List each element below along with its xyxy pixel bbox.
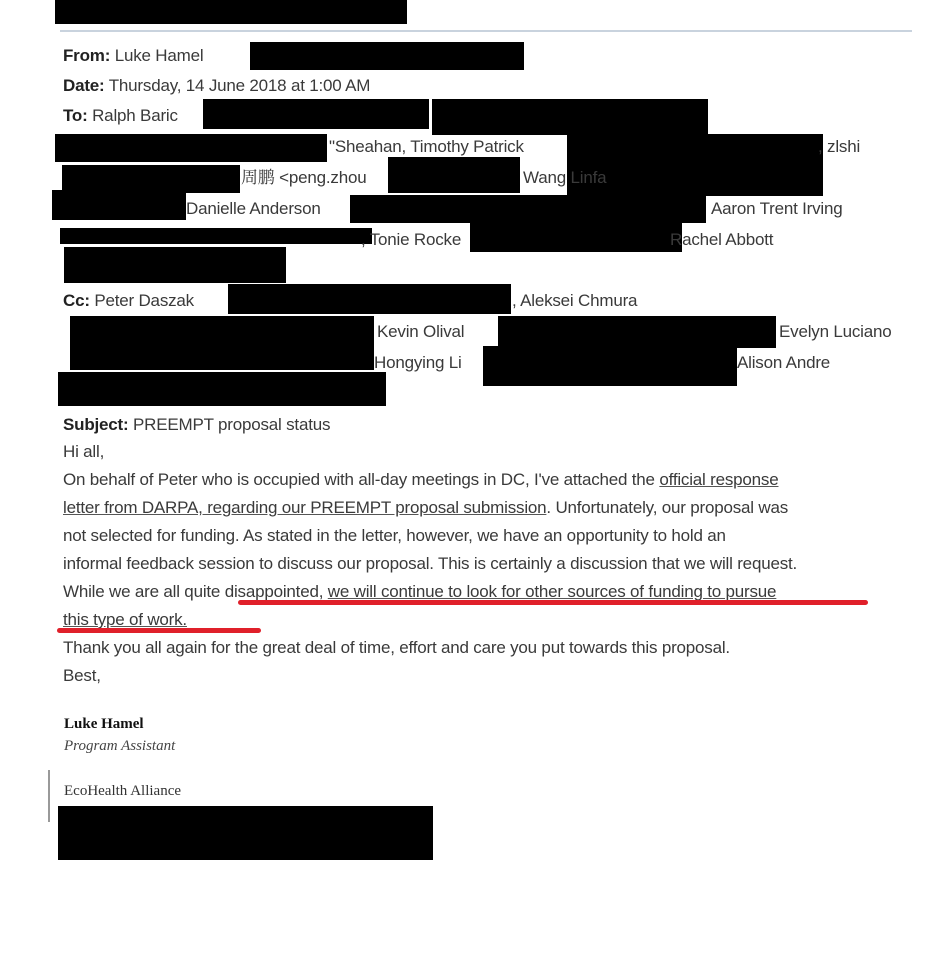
highlighted-text: we will continue to look for other sourc… <box>328 582 777 601</box>
to-recipient: "Sheahan, Timothy Patrick <box>329 136 524 158</box>
cc-recipient: Kevin Olival <box>377 321 464 343</box>
redaction-block <box>432 99 708 135</box>
body-line: not selected for funding. As stated in t… <box>63 525 726 547</box>
to-label: To: <box>63 106 88 125</box>
cc-recipient: Alison Andre <box>737 352 830 374</box>
redaction-block <box>70 348 374 370</box>
cc-label: Cc: <box>63 291 90 310</box>
redaction-block <box>52 190 186 220</box>
cc-recipient: , Aleksei Chmura <box>512 290 637 312</box>
to-row: To: Ralph Baric <box>63 105 178 127</box>
from-label: From: <box>63 46 110 65</box>
redaction-block <box>62 165 240 193</box>
highlighted-text: this type of work. <box>63 610 187 629</box>
cc-recipient: Evelyn Luciano <box>779 321 892 343</box>
redaction-block <box>498 316 776 348</box>
redaction-block <box>470 222 682 252</box>
subject-label: Subject: <box>63 415 128 434</box>
to-recipient: Aaron Trent Irving <box>711 198 843 220</box>
signature-org: EcoHealth Alliance <box>64 783 181 800</box>
cc-recipient: Peter Daszak <box>94 291 194 310</box>
to-recipient: 周鹏 <peng.zhou <box>241 167 366 189</box>
redaction-block <box>55 134 327 162</box>
cc-row: Cc: Peter Daszak <box>63 290 194 312</box>
body-line: informal feedback session to discuss our… <box>63 553 797 575</box>
redaction-block <box>64 247 286 283</box>
redaction-block <box>483 346 737 386</box>
body-text: While we are all quite disappointed, <box>63 582 328 601</box>
to-recipient: , zlshi <box>818 136 860 158</box>
signature-bar <box>48 770 50 822</box>
subject-row: Subject: PREEMPT proposal status <box>63 414 330 436</box>
signature-name: Luke Hamel <box>64 716 144 733</box>
header-divider <box>60 30 912 32</box>
from-row: From: Luke Hamel <box>63 45 203 67</box>
date-value: Thursday, 14 June 2018 at 1:00 AM <box>109 76 370 95</box>
body-text: . Unfortunately, our proposal was <box>546 498 788 517</box>
signature-title: Program Assistant <box>64 738 175 755</box>
redaction-block <box>58 806 433 860</box>
to-recipient: Ralph Baric <box>92 106 178 125</box>
body-text: On behalf of Peter who is occupied with … <box>63 470 659 489</box>
cc-recipient: Hongying Li <box>374 352 462 374</box>
subject-value: PREEMPT proposal status <box>133 415 330 434</box>
redaction-block <box>58 372 386 406</box>
date-label: Date: <box>63 76 105 95</box>
to-recipient: Danielle Anderson <box>186 198 321 220</box>
greeting: Hi all, <box>63 441 104 463</box>
red-highlight-underline <box>238 600 868 605</box>
redaction-block <box>228 284 511 314</box>
from-value: Luke Hamel <box>115 46 204 65</box>
body-line: On behalf of Peter who is occupied with … <box>63 469 778 491</box>
thanks-line: Thank you all again for the great deal o… <box>63 637 730 659</box>
redaction-block <box>70 316 374 348</box>
to-recipient: Rachel Abbott <box>670 229 773 251</box>
body-line: letter from DARPA, regarding our PREEMPT… <box>63 497 788 519</box>
attachment-link[interactable]: official response <box>659 470 778 489</box>
signoff: Best, <box>63 665 101 687</box>
redaction-block <box>60 228 372 244</box>
redaction-block <box>350 195 706 223</box>
red-highlight-underline <box>57 628 261 633</box>
to-recipient: Wang Linfa <box>523 167 606 189</box>
redaction-block <box>203 99 429 129</box>
to-recipient: , Tonie Rocke <box>361 229 461 251</box>
attachment-link[interactable]: letter from DARPA, regarding our PREEMPT… <box>63 498 546 517</box>
date-row: Date: Thursday, 14 June 2018 at 1:00 AM <box>63 75 370 97</box>
redaction-block <box>55 0 407 24</box>
redaction-block <box>250 42 524 70</box>
redaction-block <box>388 157 520 193</box>
